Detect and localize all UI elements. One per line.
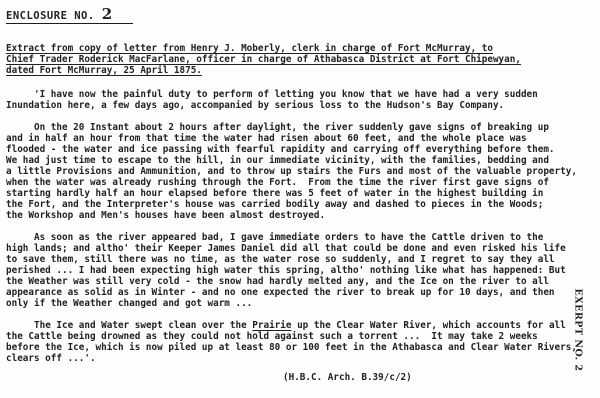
paragraph-3: As soon as the river appeared bad, I gav… <box>6 232 592 309</box>
paragraph-4: The Ice and Water swept clean over the P… <box>6 320 592 364</box>
paragraph-2: On the 20 Instant about 2 hours after da… <box>6 122 592 221</box>
letter-heading: Extract from copy of letter from Henry J… <box>6 43 592 76</box>
enclosure-header: ENCLOSURE NO.2 <box>6 9 592 29</box>
enclosure-underline: ENCLOSURE NO.2 <box>6 9 133 24</box>
enclosure-number: 2 <box>102 5 113 23</box>
archive-reference: (H.B.C. Arch. B.39/c/2) <box>6 372 592 383</box>
enclosure-label: ENCLOSURE NO. <box>6 10 95 22</box>
exerpt-sidebar-label: EXERPT NO. 2 <box>573 289 584 372</box>
paragraph-1: 'I have now the painful duty to perform … <box>6 89 592 111</box>
paragraph-4-text-before: The Ice and Water swept clean over the <box>6 320 252 331</box>
scanned-document-page: ENCLOSURE NO.2 Extract from copy of lett… <box>0 0 600 398</box>
prairie-underlined-word: Prairie <box>252 320 291 331</box>
